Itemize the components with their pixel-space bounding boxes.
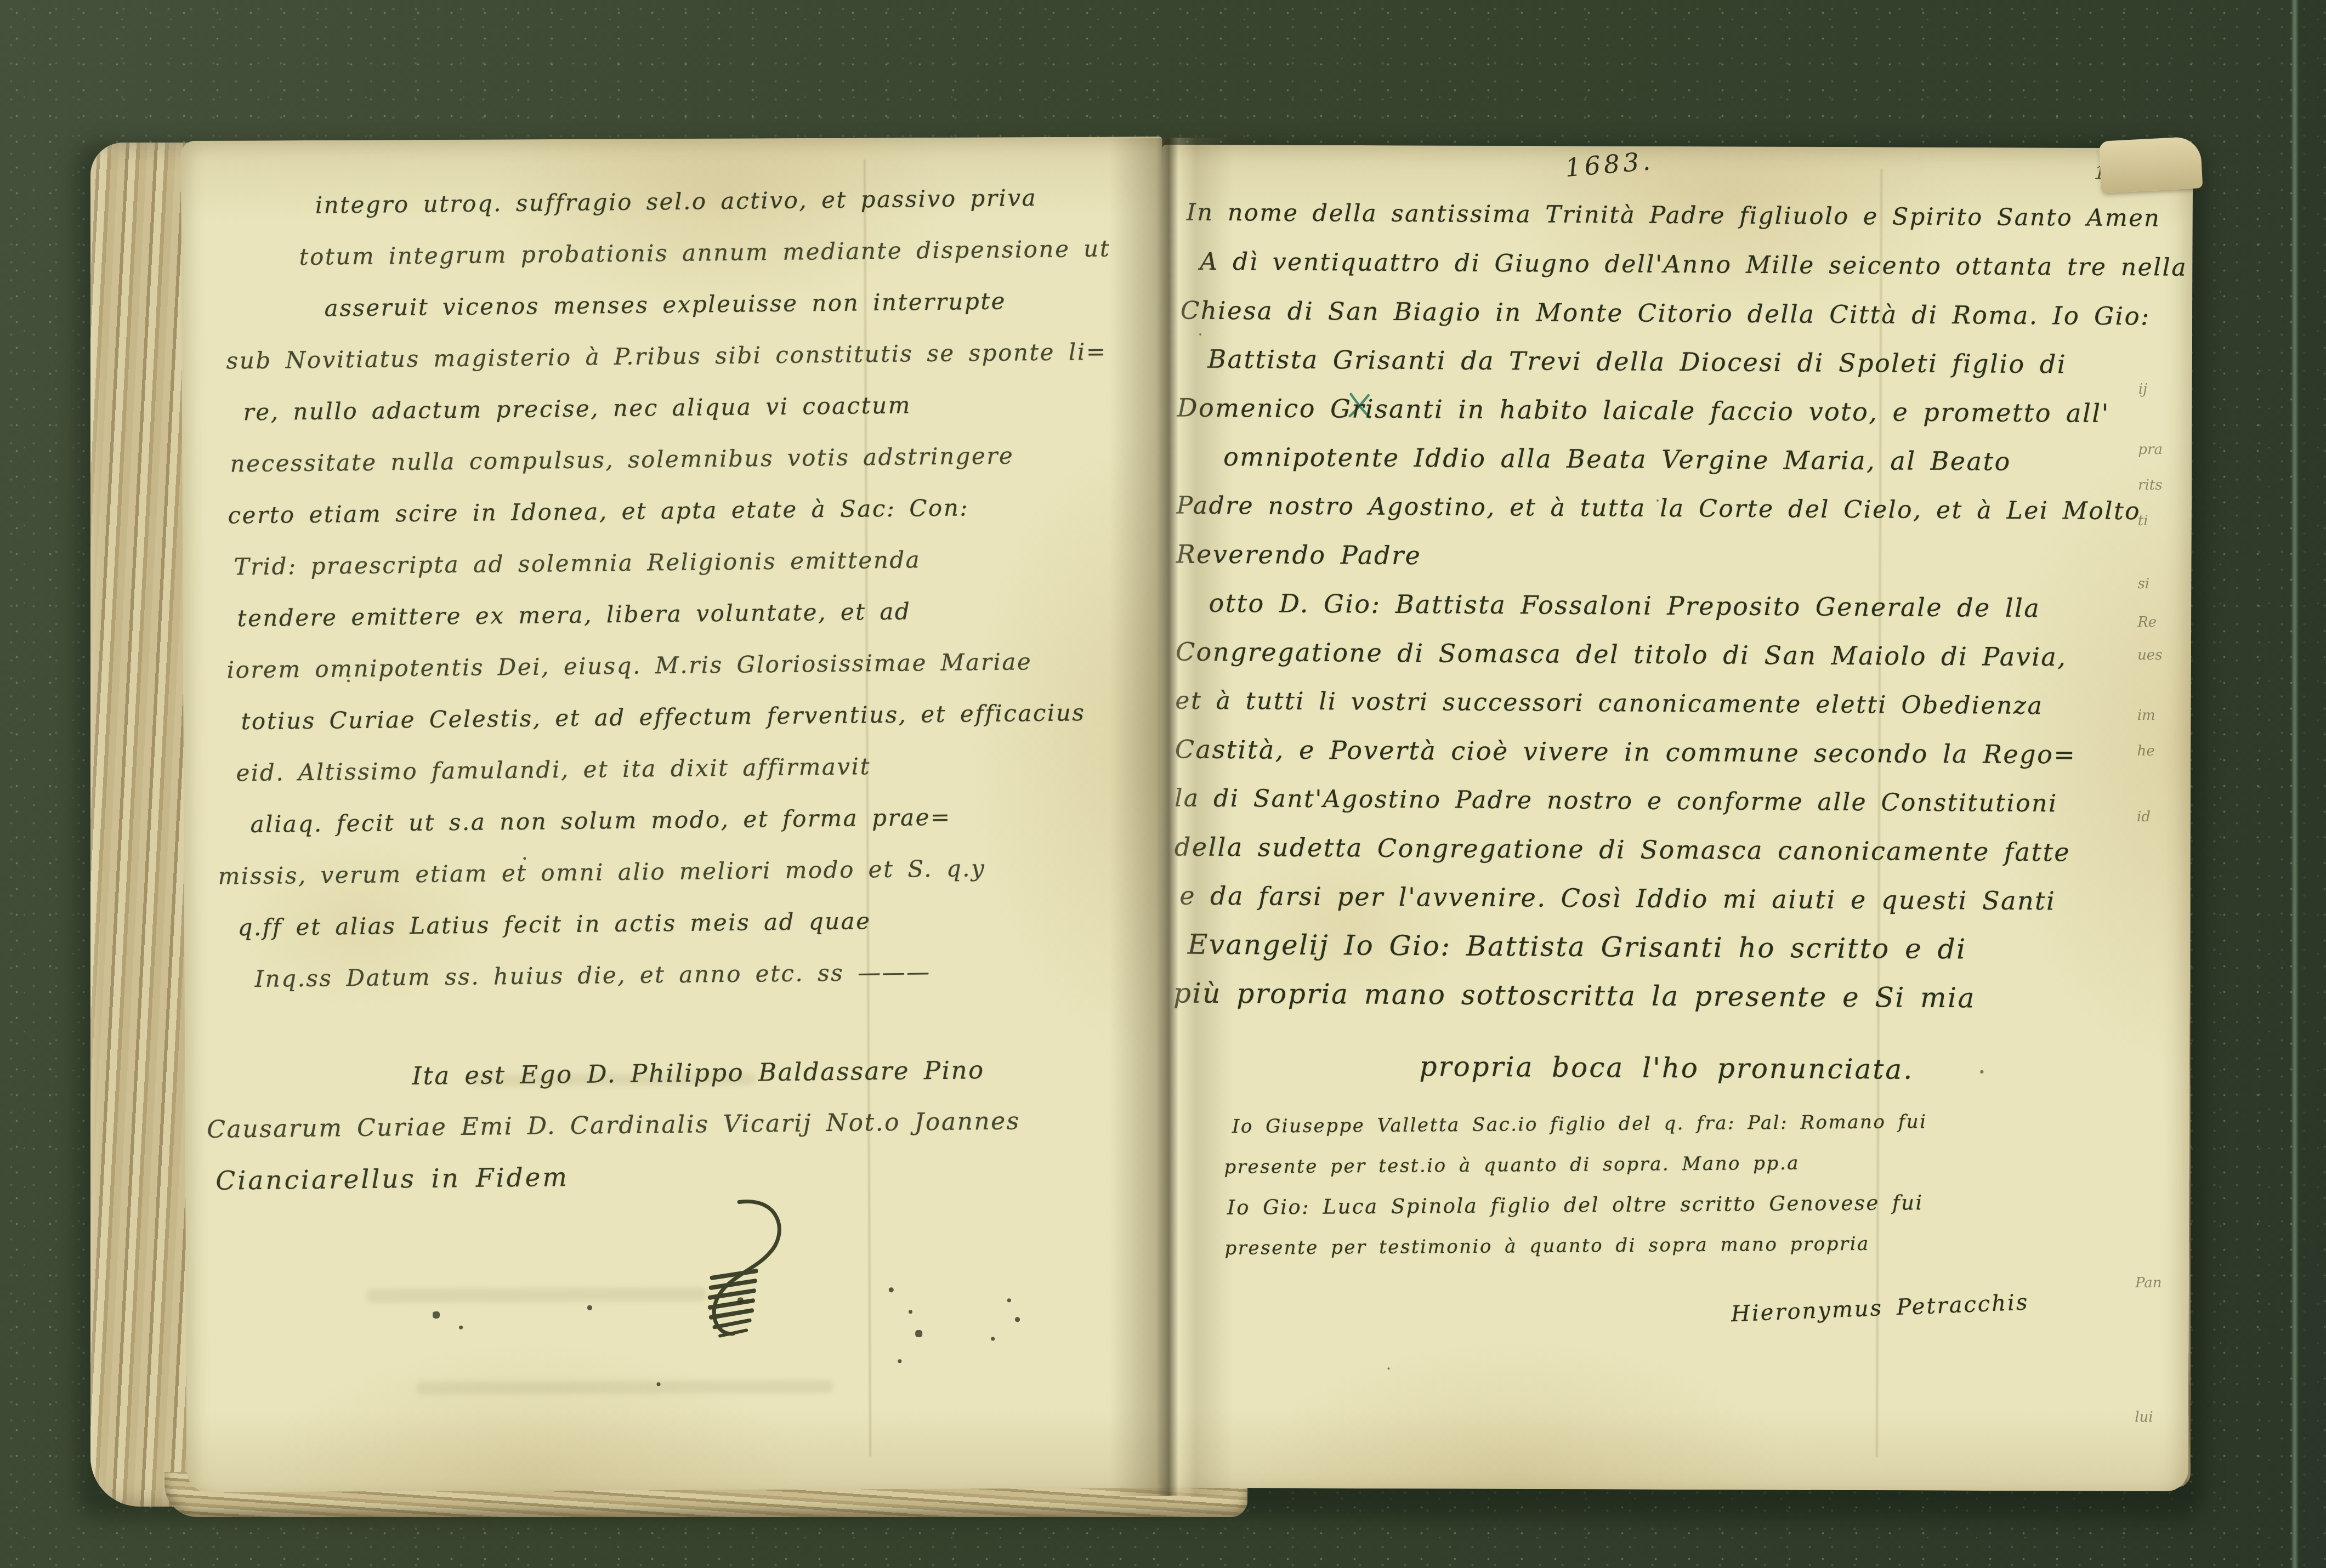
bleedthrough-mark xyxy=(367,1287,707,1303)
margin-note: lui xyxy=(2135,1409,2153,1425)
witness-line: presente per testimonio à quanto di sopr… xyxy=(1224,1222,2157,1269)
left-page-text: integro utroq. suffragio sel.o activo, e… xyxy=(186,171,1154,1207)
spoken-vow-line: propria boca l'ho pronunciata. xyxy=(1173,1041,2160,1095)
background-seam-shadow xyxy=(2299,0,2326,1568)
manuscript-line: eid. Altissimo famulandi, et ita dixit a… xyxy=(236,738,1149,799)
margin-note: ij xyxy=(2138,381,2147,397)
manuscript-line: In nome della santissima Trinità Padre f… xyxy=(1187,189,2166,243)
manuscript-line: re, nullo adactum precise, nec aliqua vi… xyxy=(243,377,1145,438)
manuscript-line: totum integrum probationis annum mediant… xyxy=(299,223,1144,283)
year-heading: 1683. xyxy=(1564,146,1655,183)
margin-note: im xyxy=(2137,707,2155,724)
witness-line: Io Gio: Luca Spinola figlio del oltre sc… xyxy=(1227,1181,2157,1228)
margin-note: si xyxy=(2137,576,2149,592)
manuscript-line: otto D. Gio: Battista Fossaloni Preposit… xyxy=(1209,579,2163,634)
manuscript-line: Reverendo Padre xyxy=(1176,530,2164,584)
manuscript-line: Trid: praescripta ad solemnia Religionis… xyxy=(234,532,1147,593)
manuscript-line: et à tutti li vostri successori canonica… xyxy=(1175,676,2163,731)
margin-note: rits xyxy=(2138,477,2163,493)
manuscript-line: della sudetta Congregatione di Somasca c… xyxy=(1175,822,2162,877)
manuscript-line: sub Novitiatus magisterio à P.ribus sibi… xyxy=(226,326,1145,387)
background-seam xyxy=(2291,0,2299,1568)
left-page: integro utroq. suffragio sel.o activo, e… xyxy=(181,137,1168,1492)
manuscript-line: Chiesa di San Biagio in Monte Citorio de… xyxy=(1181,286,2165,341)
manuscript-line: A dì ventiquattro di Giugno dell'Anno Mi… xyxy=(1200,237,2165,292)
manuscript-line: Padre nostro Agostino, et à tutta la Cor… xyxy=(1176,481,2164,536)
witness-line: presente per test.io à quanto di sopra. … xyxy=(1224,1140,2156,1188)
margin-note: ues xyxy=(2137,647,2163,663)
margin-note: he xyxy=(2137,743,2154,759)
manuscript-line: q.ff et alias Latius fecit in actis meis… xyxy=(237,893,1151,953)
notary-attestation-line: Ita est Ego D. Philippo Baldassare Pino xyxy=(412,1043,1153,1102)
margin-note: Re xyxy=(2137,614,2157,630)
margin-note: ti xyxy=(2138,513,2148,529)
manuscript-line: più propria mano sottoscritta la present… xyxy=(1173,969,2161,1024)
notary-attestation-line: Causarum Curiae Emi D. Cardinalis Vicari… xyxy=(207,1094,1153,1156)
witness-attestations: Io Giuseppe Valletta Sac.io figlio del q… xyxy=(1224,1100,2157,1269)
manuscript-book: integro utroq. suffragio sel.o activo, e… xyxy=(90,134,2191,1516)
witness-line: Io Giuseppe Valletta Sac.io figlio del q… xyxy=(1232,1100,2156,1147)
right-page-text: In nome della santissima Trinità Padre f… xyxy=(1173,188,2165,1095)
manuscript-line: Inq.ss Datum ss. huius die, et anno etc.… xyxy=(254,944,1151,1005)
manuscript-line: necessitate nulla compulsus, solemnibus … xyxy=(230,429,1146,490)
ink-blots xyxy=(181,141,183,143)
manuscript-line: Congregatione di Somasca del titolo di S… xyxy=(1176,627,2163,682)
notary-paraph xyxy=(673,1195,792,1349)
margin-note: id xyxy=(2137,809,2151,825)
ink-blots xyxy=(1162,145,1163,146)
manuscript-line: totius Curiae Celestis, et ad effectum f… xyxy=(241,686,1149,747)
manuscript-line: missis, verum etiam et omni alio meliori… xyxy=(218,841,1150,902)
bleedthrough-mark xyxy=(417,1380,833,1395)
manuscript-line: tendere emittere ex mera, libera volunta… xyxy=(237,583,1148,644)
manuscript-line: la di Sant'Agostino Padre nostro e confo… xyxy=(1175,774,2162,828)
manuscript-line: iorem omnipotentis Dei, eiusq. M.ris Glo… xyxy=(226,635,1148,696)
manuscript-line: omnipotente Iddio alla Beata Vergine Mar… xyxy=(1223,433,2164,487)
manuscript-line: Battista Grisanti da Trevi della Diocesi… xyxy=(1207,335,2165,390)
margin-note: Pan xyxy=(2135,1275,2162,1291)
manuscript-line: Evangelij Io Gio: Battista Grisanti ho s… xyxy=(1187,921,2161,975)
right-page: 1683. 11212. In nome della santissima Tr… xyxy=(1158,145,2193,1492)
manuscript-line: aliaq. fecit ut s.a non solum modo, et f… xyxy=(250,789,1150,850)
manuscript-line: integro utroq. suffragio sel.o activo, e… xyxy=(315,171,1143,231)
notary-signature: Hieronymus Petracchis xyxy=(1731,1289,2029,1327)
manuscript-line: certo etiam scire in Idonea, et apta eta… xyxy=(228,480,1147,542)
margin-note: pra xyxy=(2138,441,2163,458)
top-right-page-corner xyxy=(2099,136,2203,194)
manuscript-line: Domenico Grisanti in habito laicale facc… xyxy=(1177,383,2164,438)
manuscript-line: asseruit vicenos menses expleuisse non i… xyxy=(324,274,1144,334)
manuscript-line: Castità, e Povertà cioè vivere in commun… xyxy=(1175,725,2163,780)
manuscript-line: e da farsi per l'avvenire. Così Iddio mi… xyxy=(1179,872,2162,927)
